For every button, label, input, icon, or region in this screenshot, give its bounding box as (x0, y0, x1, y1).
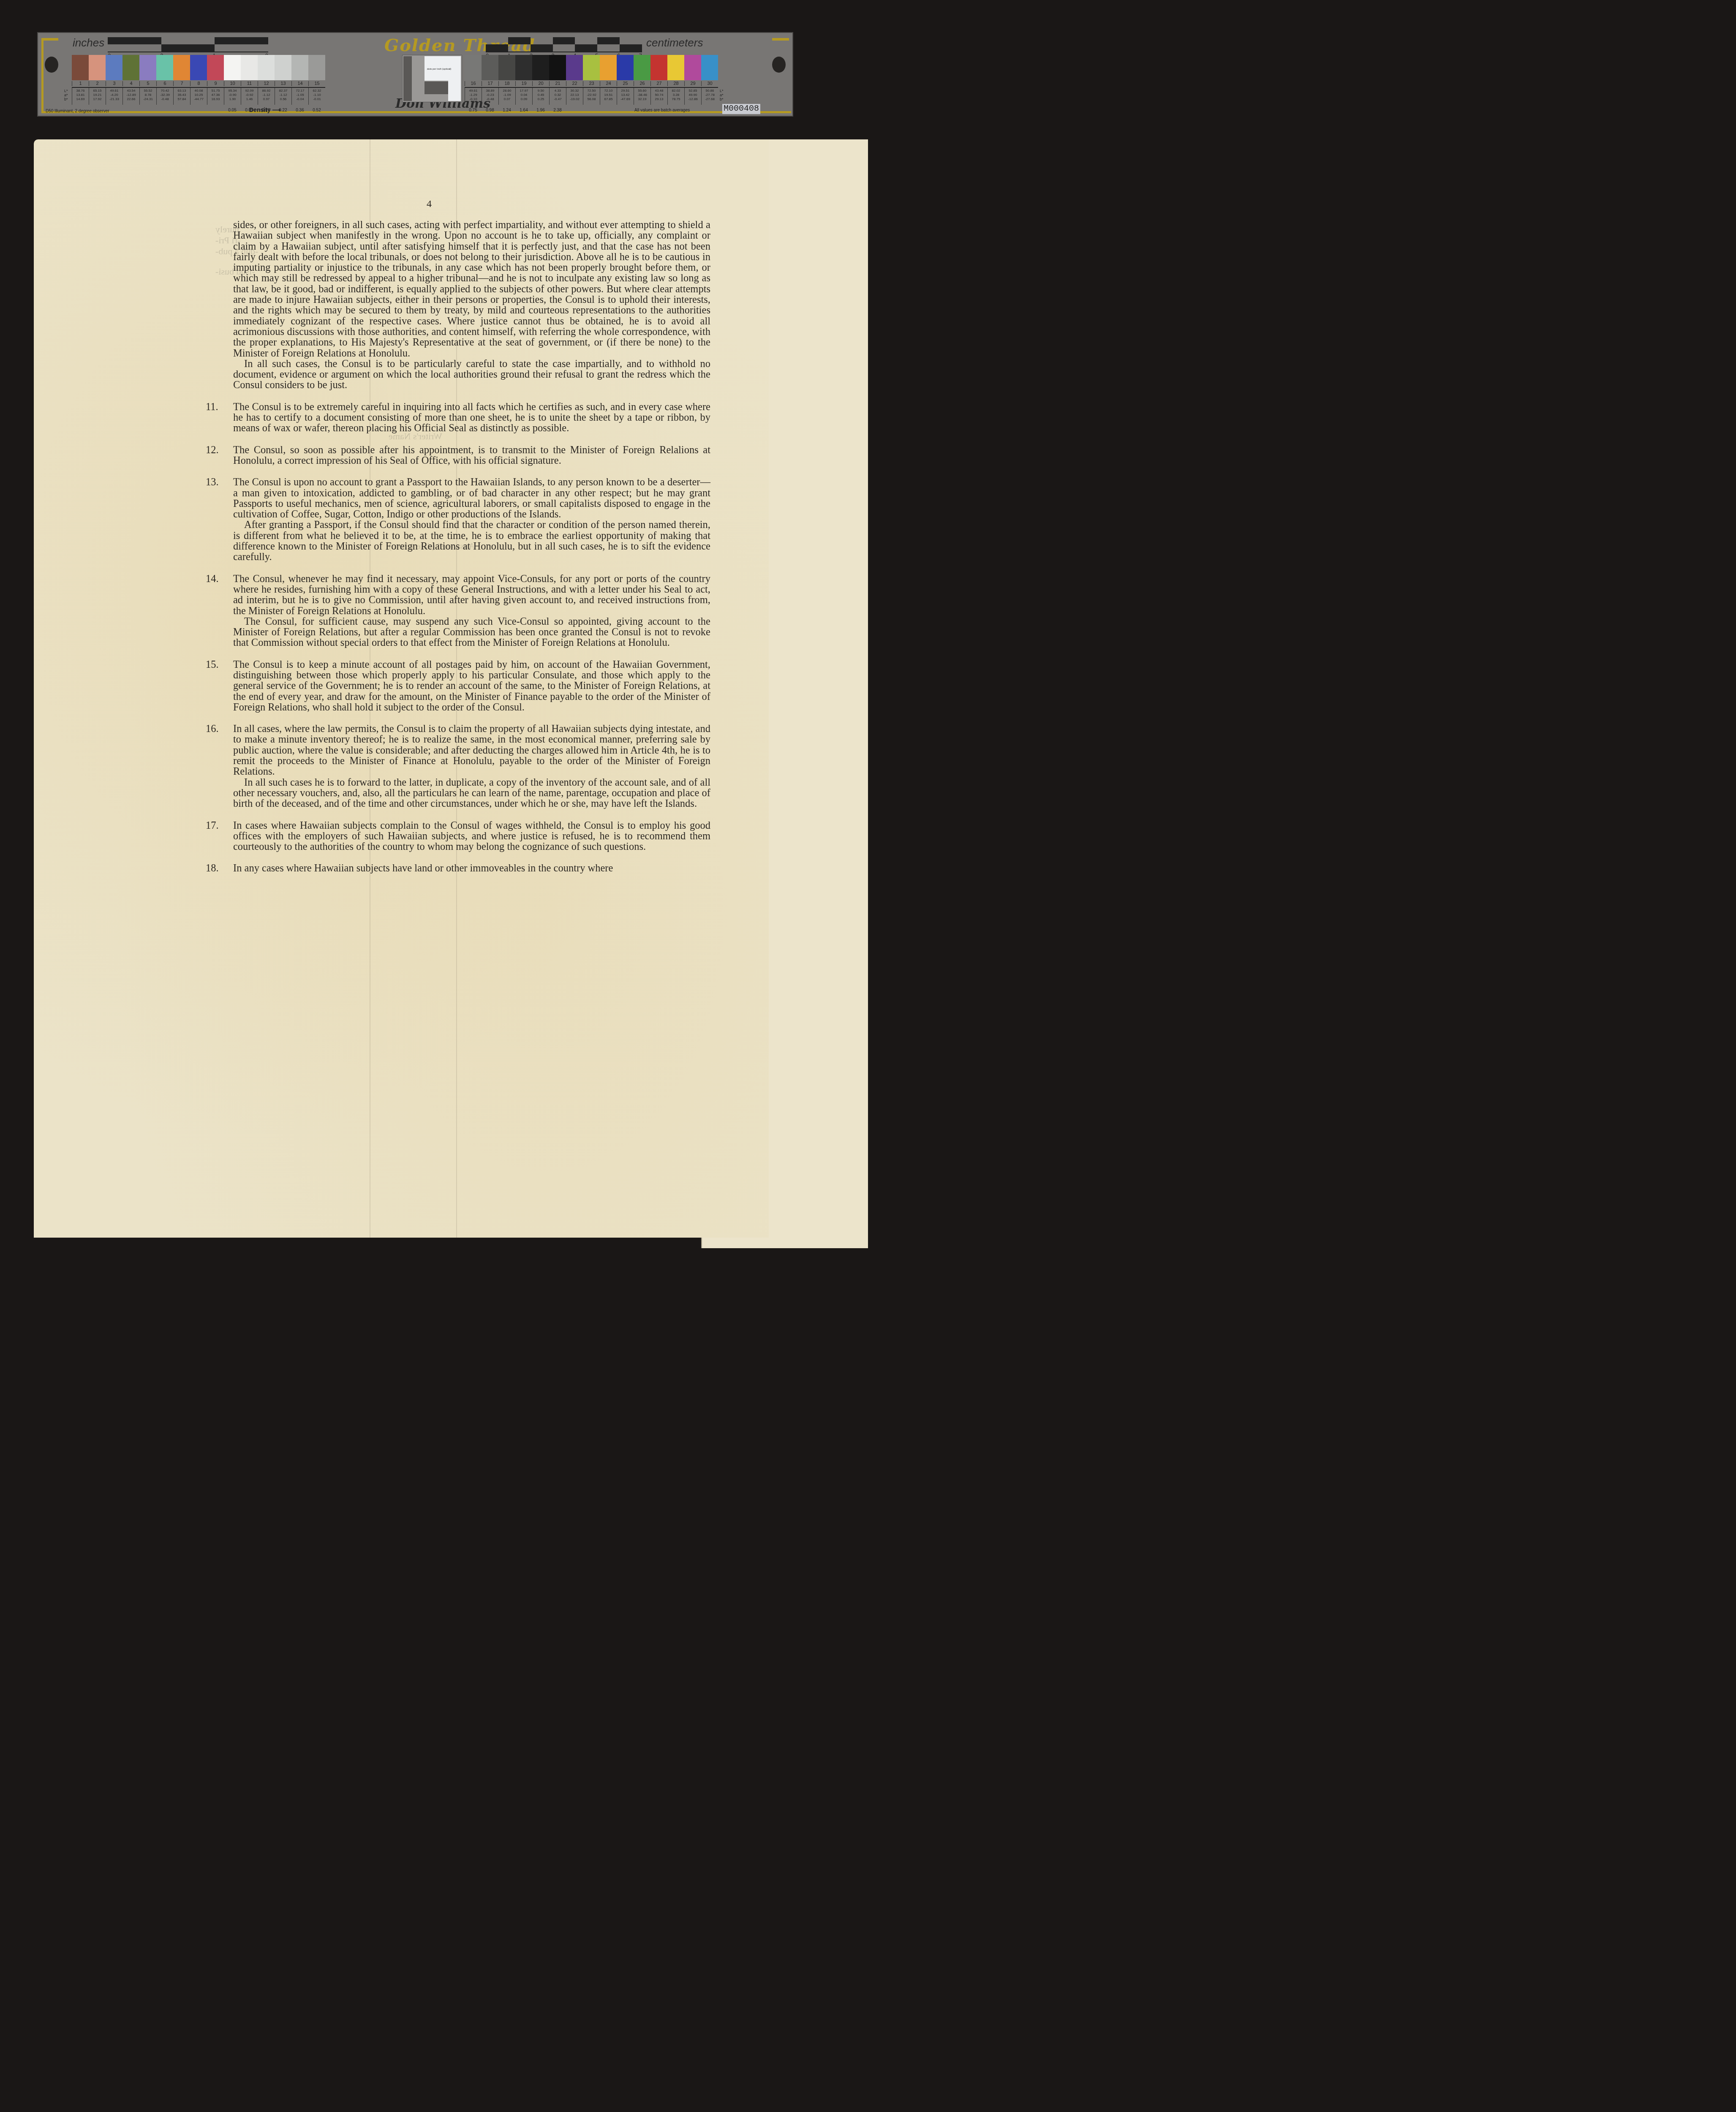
color-patch (532, 55, 549, 80)
density-value: 0.75 (465, 108, 482, 113)
lab-b-value: -0.47 (550, 97, 566, 101)
color-patch (515, 55, 532, 80)
lab-l-value: 65.15 (89, 89, 106, 93)
color-patches-right (465, 55, 718, 80)
density-value: 0.52 (308, 108, 325, 113)
patch-lab-values: 29.5113.42-47.69 (617, 88, 634, 105)
lab-a-value: 0.04 (516, 93, 532, 97)
color-patches-left (72, 55, 325, 80)
color-patch (667, 55, 684, 80)
gold-frame-left (41, 38, 44, 113)
density-value: 0.09 (241, 108, 258, 113)
lab-l-value: 29.51 (617, 89, 634, 93)
lab-a-value: -0.90 (224, 93, 241, 97)
lab-l-value: 55.60 (634, 89, 650, 93)
patch-number: 1 (72, 81, 89, 86)
patch-lab-values: 82.37-1.120.56 (275, 88, 291, 105)
lab-a-value: -4.20 (106, 93, 122, 97)
lab-a-value: 22.13 (566, 93, 583, 97)
lab-a-value: -32.39 (157, 93, 173, 97)
lab-b-value: 16.93 (207, 97, 224, 101)
lab-l-value: 72.17 (292, 89, 308, 93)
lab-l-value: 4.33 (550, 89, 566, 93)
lab-l-value: 62.32 (309, 89, 325, 93)
patch-number: 4 (122, 81, 139, 86)
centimeters-label: centimeters (646, 36, 703, 49)
lab-l-value: 72.10 (600, 89, 617, 93)
color-patch (498, 55, 515, 80)
lab-a-value: 8.78 (140, 93, 156, 97)
lab-a-value: -1.09 (499, 93, 515, 97)
lab-b-value: 1.46 (241, 97, 258, 101)
patch-lab-values: 70.42-32.39-0.48 (156, 88, 173, 105)
lab-l-value: 63.13 (174, 89, 190, 93)
patch-number: 13 (275, 81, 291, 86)
lab-l-value: 43.48 (651, 89, 667, 93)
lab-a-value: -1.12 (275, 93, 291, 97)
lab-b-value: 29.13 (651, 97, 667, 101)
density-value: 2.38 (549, 108, 566, 113)
lab-b-value: 0.97 (258, 97, 275, 101)
article-paragraph: The Consul, whenever he may find it nece… (233, 574, 710, 616)
article-number: 13. (206, 477, 219, 487)
lab-a-value: -1.12 (258, 93, 275, 97)
article-paragraph: In all such cases he is to forward to th… (233, 777, 710, 809)
color-patch (291, 55, 308, 80)
color-patch (650, 55, 667, 80)
color-patch (600, 55, 617, 80)
lab-l-value: 82.02 (668, 89, 684, 93)
lab-l-value: 40.08 (190, 89, 207, 93)
lab-values-left: 38.7613.8114.6965.1519.2117.9249.61-4.20… (72, 87, 325, 105)
patch-lab-values: 30.3222.13-19.02 (566, 88, 583, 105)
lab-axis-labels-right: L*a*b* (720, 89, 724, 101)
lab-a-value: 49.90 (685, 93, 701, 97)
lab-a-value: -12.89 (123, 93, 139, 97)
patch-number: 24 (600, 81, 617, 86)
color-patch (106, 55, 122, 80)
color-patch (684, 55, 701, 80)
article: 13.The Consul is upon no account to gran… (233, 477, 710, 562)
lab-l-value: 9.50 (533, 89, 549, 93)
patch-number: 17 (482, 81, 498, 86)
lab-b-value: -47.69 (617, 97, 634, 101)
color-patch (275, 55, 291, 80)
lab-a-value: 50.74 (651, 93, 667, 97)
lab-b-value: -0.48 (482, 97, 498, 101)
patch-lab-values: 40.0810.25-44.77 (190, 88, 207, 105)
patch-number: 27 (650, 81, 667, 86)
patch-lab-values: 72.1019.5167.85 (600, 88, 617, 105)
article-paragraph: The Consul, for sufficient cause, may su… (233, 616, 710, 648)
patch-number: 28 (667, 81, 684, 86)
lab-b-value: -12.86 (685, 97, 701, 101)
color-patch (241, 55, 258, 80)
density-value: 0.05 (224, 108, 241, 113)
lab-b-value: -44.77 (190, 97, 207, 101)
article: 17.In cases where Hawaiian subjects comp… (233, 820, 710, 852)
batch-note: All values are batch averages (634, 108, 690, 113)
patch-number: 25 (617, 81, 634, 86)
color-calibration-target: inches 3210 Golden Thread Don Williams 0… (37, 32, 793, 117)
patch-lab-values: 55.60-38.4632.19 (634, 88, 650, 105)
lab-a-value: -38.46 (634, 93, 650, 97)
lab-b-value: -0.01 (309, 97, 325, 101)
patch-lab-values: 49.61-1.29-0.10 (465, 88, 482, 105)
gold-frame-top-left (41, 38, 58, 41)
article: 14.The Consul, whenever he may find it n… (233, 574, 710, 648)
continuation-paragraph-2: In all such cases, the Consul is to be p… (233, 359, 710, 391)
density-value: 0.16 (258, 108, 275, 113)
lab-b-value: 67.85 (600, 97, 617, 101)
color-patch (701, 55, 718, 80)
lab-b-value: 78.75 (668, 97, 684, 101)
color-patch (156, 55, 173, 80)
lab-l-value: 52.85 (685, 89, 701, 93)
serial-number: M000408 (722, 104, 760, 114)
page-number: 4 (427, 199, 432, 210)
lab-b-value: 0.09 (516, 97, 532, 101)
cm-ruler: 01234567 (486, 37, 642, 57)
lab-b-value: 0.56 (275, 97, 291, 101)
article-paragraph: In cases where Hawaiian subjects complai… (233, 820, 710, 852)
article: 16.In all cases, where the law permits, … (233, 724, 710, 809)
lab-l-value: 28.60 (499, 89, 515, 93)
color-patch (465, 55, 482, 80)
lab-l-value: 38.76 (72, 89, 89, 93)
color-patch (258, 55, 275, 80)
density-value: 0.98 (482, 108, 498, 113)
lab-a-value: 0.45 (533, 93, 549, 97)
lab-values-right: 49.61-1.29-0.1038.89-0.23-0.4828.60-1.09… (465, 87, 718, 105)
lab-a-value: 19.51 (600, 93, 617, 97)
patch-number: 2 (89, 81, 106, 86)
patch-number: 29 (684, 81, 701, 86)
color-patch (634, 55, 650, 80)
lab-a-value: -1.10 (309, 93, 325, 97)
density-value: 0.22 (275, 108, 291, 113)
article-list: 11.The Consul is to be extremely careful… (233, 402, 710, 874)
lab-b-value: 57.84 (174, 97, 190, 101)
lab-b-value: -19.02 (566, 97, 583, 101)
density-values-right: 0.750.981.241.641.962.38 (465, 108, 566, 113)
lab-b-value: -21.33 (106, 97, 122, 101)
color-patch (583, 55, 600, 80)
patch-number: 21 (549, 81, 566, 86)
patch-lab-values: 82.023.2878.75 (667, 88, 684, 105)
patch-lab-values: 72.17-1.05-0.04 (291, 88, 308, 105)
density-value: 1.64 (515, 108, 532, 113)
patch-number: 18 (498, 81, 515, 86)
lab-l-value: 86.92 (258, 89, 275, 93)
patch-number: 23 (583, 81, 600, 86)
patch-number: 22 (566, 81, 583, 86)
patch-lab-values: 17.970.040.09 (515, 88, 532, 105)
article-number: 11. (206, 402, 218, 412)
article: 18.In any cases where Hawaiian subjects … (233, 863, 710, 874)
lab-a-value: 35.43 (174, 93, 190, 97)
patch-number: 5 (139, 81, 156, 86)
resolution-target: dots per inch (optical) (402, 55, 462, 102)
patch-numbers-right: 161718192021222324252627282930 (465, 81, 718, 86)
inch-ruler: 3210 (108, 37, 268, 57)
article-number: 16. (206, 724, 219, 734)
lab-b-value: 1.90 (224, 97, 241, 101)
lab-b-value: 22.66 (123, 97, 139, 101)
color-patch (566, 55, 583, 80)
color-patch (482, 55, 498, 80)
lab-b-value: 32.19 (634, 97, 650, 101)
lab-b-value: -24.31 (140, 97, 156, 101)
patch-number: 30 (701, 81, 718, 86)
patch-number: 16 (465, 81, 482, 86)
patch-number: 3 (106, 81, 122, 86)
lab-l-value: 92.09 (241, 89, 258, 93)
lab-a-value: -1.29 (465, 93, 482, 97)
patch-number: 11 (241, 81, 258, 86)
lab-l-value: 30.32 (566, 89, 583, 93)
article-number: 15. (206, 659, 219, 670)
patch-lab-values: 38.7613.8114.69 (72, 88, 89, 105)
gold-frame-top-right (772, 38, 789, 41)
resolution-label: dots per inch (optical) (427, 68, 451, 71)
lab-l-value: 55.52 (140, 89, 156, 93)
patch-number: 14 (291, 81, 308, 86)
lab-l-value: 82.37 (275, 89, 291, 93)
patch-lab-values: 28.60-1.090.07 (498, 88, 515, 105)
color-patch (308, 55, 325, 80)
article-paragraph: After granting a Passport, if the Consul… (233, 520, 710, 562)
patch-lab-values: 50.86-27.78-27.68 (701, 88, 718, 105)
patch-number: 20 (532, 81, 549, 86)
lab-a-value: -0.23 (482, 93, 498, 97)
lab-b-value: 14.69 (72, 97, 89, 101)
lab-l-value: 95.34 (224, 89, 241, 93)
color-patch (190, 55, 207, 80)
lab-l-value: 51.75 (207, 89, 224, 93)
punch-hole-left (45, 57, 58, 73)
article: 12.The Consul, so soon as possible after… (233, 445, 710, 466)
patch-lab-values: 63.1335.4357.84 (173, 88, 190, 105)
article-paragraph: The Consul is to keep a minute account o… (233, 659, 710, 713)
patch-lab-values: 52.8549.90-12.86 (684, 88, 701, 105)
patch-number: 8 (190, 81, 207, 86)
lab-b-value: 56.08 (583, 97, 600, 101)
lab-l-value: 72.50 (583, 89, 600, 93)
article-paragraph: The Consul, so soon as possible after hi… (233, 445, 710, 466)
patch-lab-values: 72.50-22.9256.08 (583, 88, 600, 105)
color-patch (122, 55, 139, 80)
patch-lab-values: 49.61-4.20-21.33 (106, 88, 122, 105)
patch-number: 19 (515, 81, 532, 86)
patch-number: 26 (634, 81, 650, 86)
article-number: 17. (206, 820, 219, 831)
lab-a-value: 3.28 (668, 93, 684, 97)
patch-number: 7 (173, 81, 190, 86)
lab-a-value: -27.78 (702, 93, 718, 97)
continuation-paragraph: sides, or other foreigners, in all such … (233, 220, 710, 359)
lab-a-value: 19.21 (89, 93, 106, 97)
lab-b-value: 17.92 (89, 97, 106, 101)
article-paragraph: The Consul is upon no account to grant a… (233, 477, 710, 520)
patch-lab-values: 95.34-0.901.90 (224, 88, 241, 105)
density-value: 0.36 (291, 108, 308, 113)
lab-b-value: 0.25 (533, 97, 549, 101)
patch-number: 12 (258, 81, 275, 86)
color-patch (207, 55, 224, 80)
patch-number: 15 (308, 81, 325, 86)
lab-a-value: -22.92 (583, 93, 600, 97)
article-number: 14. (206, 574, 219, 584)
lab-l-value: 38.89 (482, 89, 498, 93)
patch-lab-values: 51.7547.3616.93 (207, 88, 224, 105)
color-patch (89, 55, 106, 80)
article-number: 18. (206, 863, 219, 874)
density-values-left: 0.050.090.160.220.360.52 (224, 108, 325, 113)
color-patch (173, 55, 190, 80)
lab-a-value: -0.92 (241, 93, 258, 97)
lab-l-value: 17.97 (516, 89, 532, 93)
lab-a-value: 47.36 (207, 93, 224, 97)
color-patch (617, 55, 634, 80)
patch-lab-values: 62.32-1.10-0.01 (308, 88, 325, 105)
patch-numbers-left: 123456789101112131415 (72, 81, 325, 86)
lab-l-value: 49.61 (465, 89, 482, 93)
lab-a-value: 10.25 (190, 93, 207, 97)
density-value: 1.24 (498, 108, 515, 113)
patch-number: 6 (156, 81, 173, 86)
patch-number: 10 (224, 81, 241, 86)
lab-l-value: 50.86 (702, 89, 718, 93)
color-patch (139, 55, 156, 80)
patch-lab-values: 92.09-0.921.46 (241, 88, 258, 105)
color-patch (549, 55, 566, 80)
lab-a-value: 0.32 (550, 93, 566, 97)
lab-a-value: 13.81 (72, 93, 89, 97)
color-patch (72, 55, 89, 80)
density-value: 1.96 (532, 108, 549, 113)
illuminant-note: D50 Illuminant, 2 degree observer (46, 109, 109, 114)
article: 11.The Consul is to be extremely careful… (233, 402, 710, 434)
article-paragraph: The Consul is to be extremely careful in… (233, 402, 710, 434)
patch-lab-values: 43.54-12.8922.66 (122, 88, 139, 105)
patch-lab-values: 9.500.450.25 (532, 88, 549, 105)
article-paragraph: In all cases, where the law permits, the… (233, 724, 710, 777)
lab-l-value: 43.54 (123, 89, 139, 93)
lab-b-value: -0.04 (292, 97, 308, 101)
patch-lab-values: 38.89-0.23-0.48 (482, 88, 498, 105)
punch-hole-right (772, 57, 786, 73)
patch-lab-values: 43.4850.7429.13 (650, 88, 667, 105)
lab-b-value: -0.48 (157, 97, 173, 101)
article-paragraph: In any cases where Hawaiian subjects hav… (233, 863, 710, 874)
article-number: 12. (206, 445, 219, 455)
patch-lab-values: 86.92-1.120.97 (258, 88, 275, 105)
lab-a-value: -1.05 (292, 93, 308, 97)
patch-lab-values: 4.330.32-0.47 (549, 88, 566, 105)
color-patch (224, 55, 241, 80)
lab-a-value: 13.42 (617, 93, 634, 97)
lab-b-value: -27.68 (702, 97, 718, 101)
patch-lab-values: 65.1519.2117.92 (89, 88, 106, 105)
document-page: purely -ri Pri- -dub a pub- -isud busi- … (34, 139, 769, 1238)
lab-b-value: 0.07 (499, 97, 515, 101)
inches-label: inches (73, 36, 104, 49)
lab-l-value: 49.61 (106, 89, 122, 93)
patch-lab-values: 55.528.78-24.31 (139, 88, 156, 105)
lab-axis-labels-left: L*a*b* (64, 89, 68, 101)
patch-number: 9 (207, 81, 224, 86)
article: 15.The Consul is to keep a minute accoun… (233, 659, 710, 713)
lab-l-value: 70.42 (157, 89, 173, 93)
document-body: sides, or other foreigners, in all such … (233, 220, 710, 874)
lab-b-value: -0.10 (465, 97, 482, 101)
